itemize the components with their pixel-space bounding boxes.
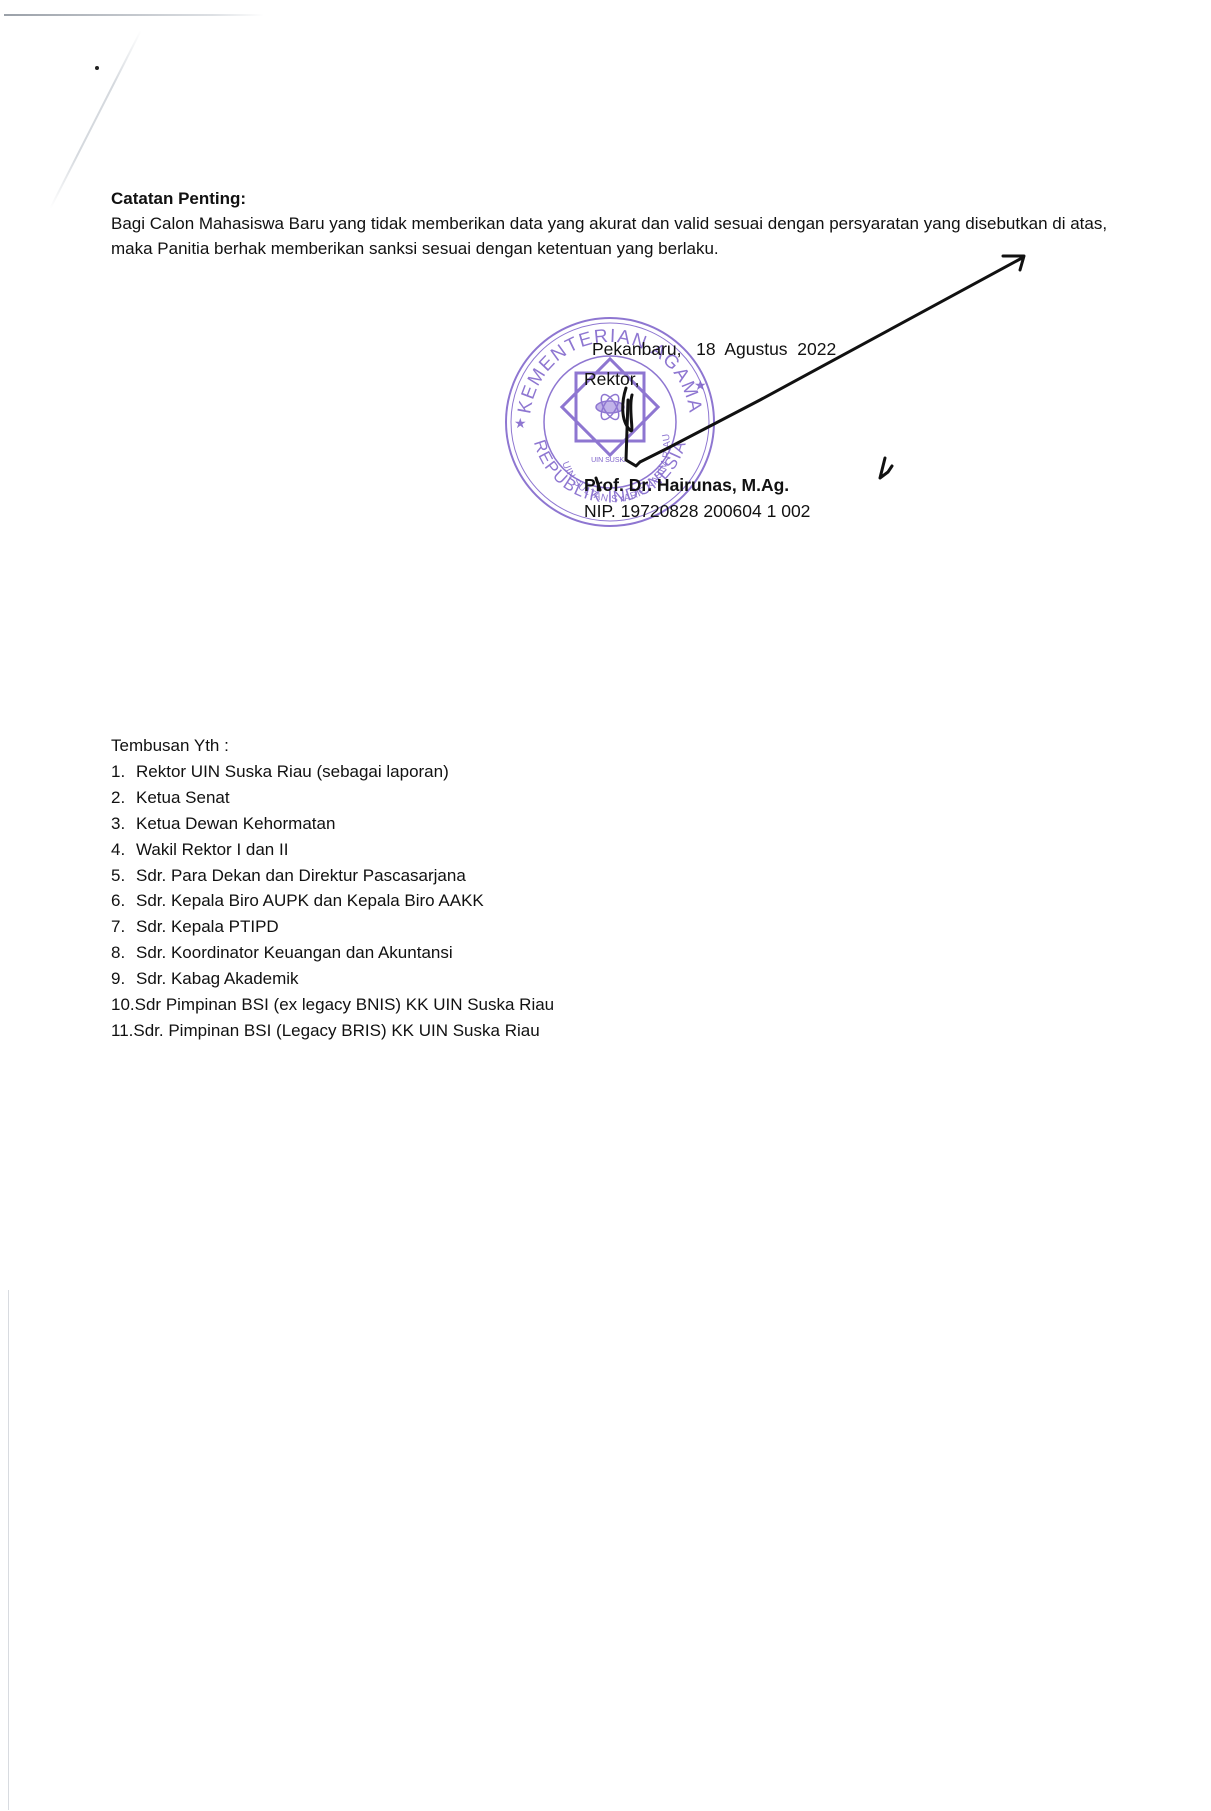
signatory-name: Prof. Dr. Hairunas, M.Ag.: [584, 472, 789, 498]
note-title: Catatan Penting:: [111, 186, 1111, 211]
note-body: Bagi Calon Mahasiswa Baru yang tidak mem…: [111, 211, 1111, 261]
carbon-copy-list: 1.Rektor UIN Suska Riau (sebagai laporan…: [111, 759, 554, 1044]
place-date: Pekanbaru, 18 Agustus 2022: [592, 336, 836, 362]
scan-left-edge: [8, 1290, 9, 1810]
signatory-role: Rektor,: [584, 366, 639, 392]
signatory-nip: NIP. 19720828 200604 1 002: [584, 498, 810, 524]
carbon-copy-section: Tembusan Yth : 1.Rektor UIN Suska Riau (…: [111, 733, 554, 1044]
document-page: Catatan Penting: Bagi Calon Mahasiswa Ba…: [0, 0, 1211, 1811]
list-item: 2.Ketua Senat: [111, 785, 554, 811]
scan-speck: [95, 66, 99, 70]
svg-text:UIN SUSKA: UIN SUSKA: [591, 457, 629, 464]
scan-edge-artifact: [4, 14, 264, 16]
list-item: 7.Sdr. Kepala PTIPD: [111, 914, 554, 940]
list-item: 6.Sdr. Kepala Biro AUPK dan Kepala Biro …: [111, 888, 554, 914]
list-item: 1.Rektor UIN Suska Riau (sebagai laporan…: [111, 759, 554, 785]
list-item: 8.Sdr. Koordinator Keuangan dan Akuntans…: [111, 940, 554, 966]
carbon-copy-title: Tembusan Yth :: [111, 733, 554, 759]
list-item: 10.Sdr Pimpinan BSI (ex legacy BNIS) KK …: [111, 992, 554, 1018]
svg-text:★: ★: [694, 377, 707, 393]
list-item: 4.Wakil Rektor I dan II: [111, 837, 554, 863]
scan-streak-artifact: [49, 30, 142, 209]
list-item: 9.Sdr. Kabag Akademik: [111, 966, 554, 992]
list-item: 3.Ketua Dewan Kehormatan: [111, 811, 554, 837]
svg-text:★: ★: [514, 415, 527, 431]
list-item: 11.Sdr. Pimpinan BSI (Legacy BRIS) KK UI…: [111, 1018, 554, 1044]
important-note: Catatan Penting: Bagi Calon Mahasiswa Ba…: [111, 186, 1111, 261]
list-item: 5.Sdr. Para Dekan dan Direktur Pascasarj…: [111, 863, 554, 889]
